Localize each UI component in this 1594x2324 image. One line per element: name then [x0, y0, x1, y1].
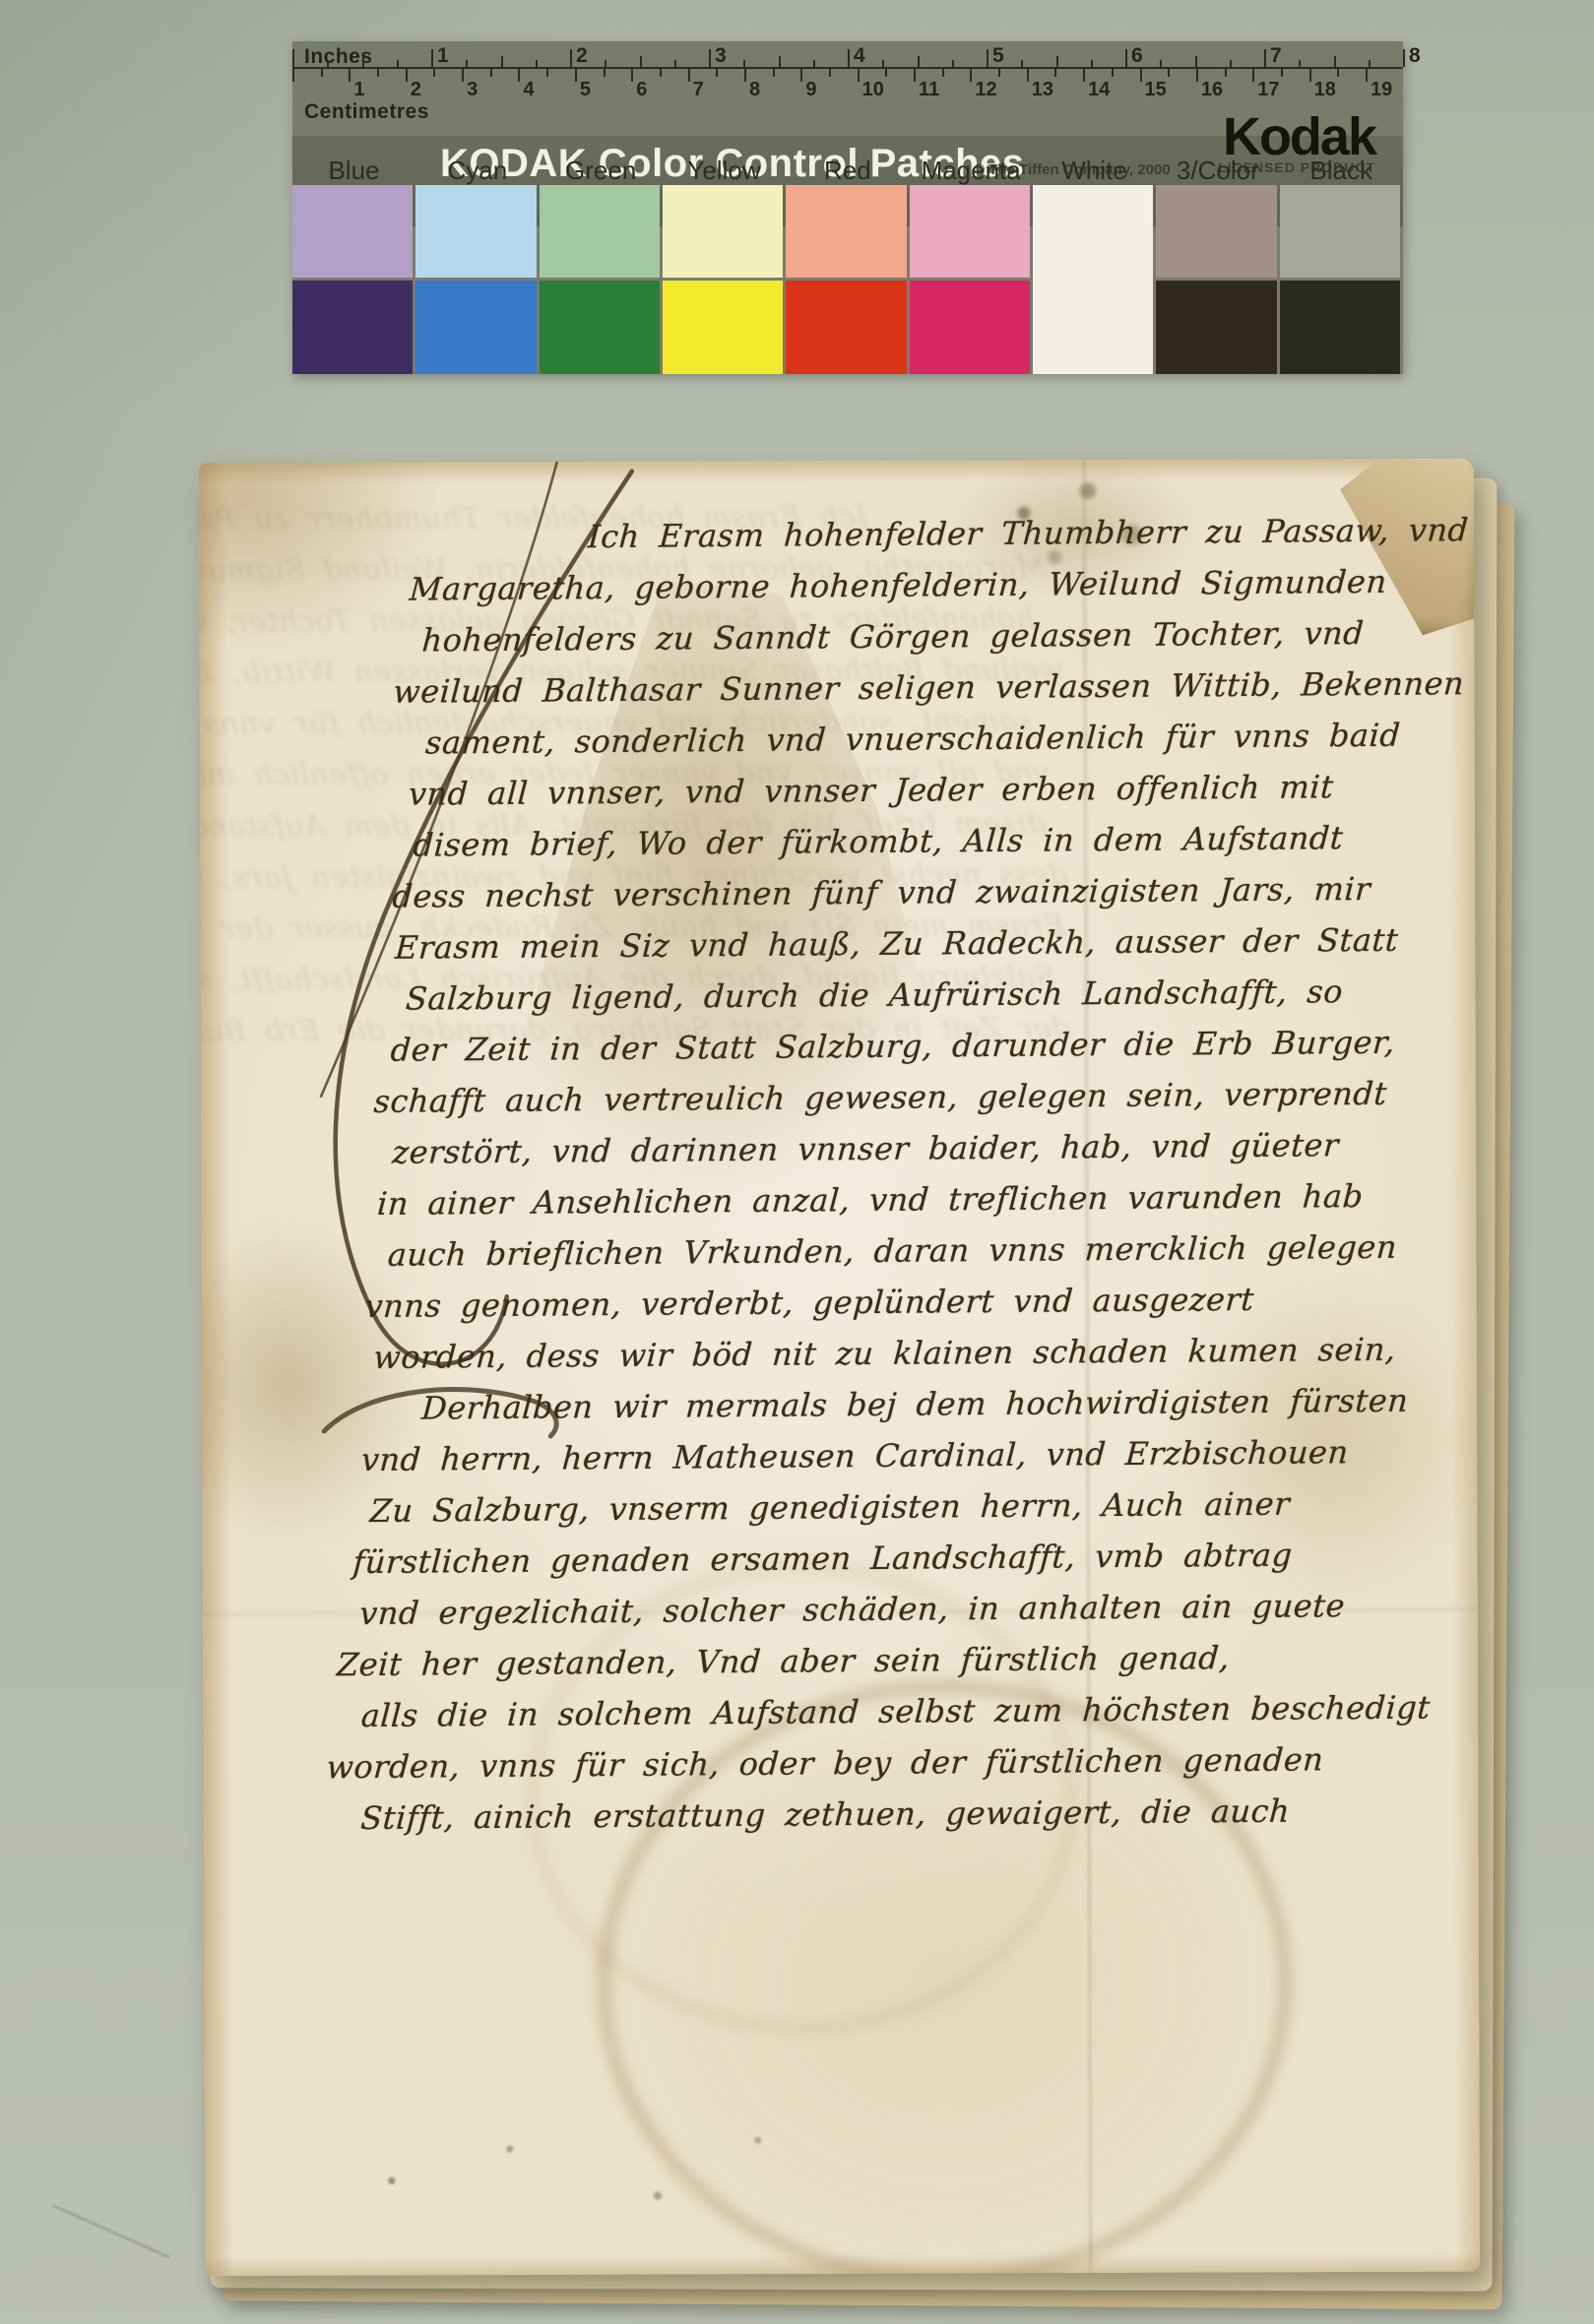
inch-tick — [466, 60, 468, 67]
manuscript-line: hohenfelders zu Sanndt Görgen gelassen T… — [420, 613, 1437, 672]
inch-tick — [501, 56, 503, 67]
inch-tick — [952, 60, 954, 67]
inch-tick — [1299, 60, 1301, 67]
cm-tick — [1252, 69, 1254, 82]
color-bar: Inches 12345678 123456789101112131415161… — [292, 41, 1403, 374]
inch-tick — [536, 60, 538, 67]
patch-swatch-saturated — [1156, 281, 1276, 374]
patch-label: Magenta — [910, 156, 1033, 186]
manuscript-line: dess nechst verschinen fünf vnd zwainzig… — [390, 870, 1421, 929]
cm-tick — [858, 69, 860, 82]
patch-label: Red — [786, 156, 909, 186]
cm-number: 1 — [353, 79, 364, 101]
cm-tick — [942, 69, 944, 77]
patch-label: Green — [540, 156, 663, 186]
patch-swatch-saturated — [663, 281, 783, 374]
inch-tick — [882, 60, 884, 67]
stain-bottom-specks — [274, 2085, 865, 2244]
cm-tick — [1140, 69, 1142, 82]
cm-tick — [1196, 69, 1198, 82]
manuscript-line: vnd ergezlichait, solcher schäden, in an… — [357, 1587, 1376, 1646]
inch-tick — [362, 56, 364, 67]
cm-number: 7 — [693, 79, 704, 101]
manuscript-line: Ich Erasm hohenfelder Thumbherr zu Passa… — [586, 511, 1443, 569]
cm-number: 15 — [1145, 79, 1167, 101]
inch-tick — [848, 49, 850, 67]
manuscript-line: Derhalben wir mermals bej dem hochwirdig… — [419, 1382, 1389, 1441]
patch-swatch-light — [786, 185, 906, 278]
patch-label: Black — [1280, 156, 1403, 186]
patch-label: Yellow — [663, 156, 786, 186]
manuscript-line: sament, sonderlich vnd vnuerschaidenlich… — [423, 716, 1431, 775]
cm-tick — [914, 69, 916, 82]
manuscript-line: auch brieflichen Vrkunden, daran vnns me… — [386, 1228, 1399, 1288]
cm-tick — [1366, 69, 1368, 82]
cm-tick — [1112, 69, 1114, 77]
cm-number: 8 — [749, 79, 760, 101]
manuscript-line: fürstlichen genaden ersamen Landschafft,… — [351, 1536, 1380, 1595]
manuscript-line: weilund Balthasar Sunner seligen verlass… — [391, 664, 1434, 723]
inch-tick — [1264, 49, 1266, 67]
cm-number: 13 — [1032, 79, 1053, 101]
inch-number: 8 — [1409, 44, 1421, 68]
manuscript-line: vnd all vnnser, vnd vnnser Jeder erben o… — [407, 768, 1428, 827]
manuscript-line: Stifft, ainich erstattung zethuen, gewai… — [358, 1791, 1364, 1851]
cm-tick — [1281, 69, 1283, 77]
inch-tick — [918, 56, 920, 67]
inch-tick — [987, 49, 988, 67]
patch-column — [786, 185, 906, 374]
inch-tick — [397, 60, 399, 67]
inch-tick — [813, 60, 815, 67]
inch-tick — [640, 56, 642, 67]
cm-tick — [604, 69, 606, 77]
patch-label: Blue — [292, 156, 415, 186]
cm-tick — [688, 69, 690, 82]
archival-photo: { "color_bar": { "inches_label": "Inches… — [0, 0, 1594, 2324]
patch-column — [663, 185, 783, 374]
cm-tick — [349, 69, 351, 82]
patch-swatch-light — [292, 185, 413, 278]
inch-number: 6 — [1131, 44, 1143, 68]
inch-tick — [292, 49, 294, 67]
inch-number: 3 — [715, 44, 727, 68]
patch-swatch-light — [415, 185, 536, 278]
cm-tick — [462, 69, 464, 82]
manuscript-line: zerstört, vnd darinnen vnnser baider, ha… — [390, 1126, 1405, 1185]
cm-number: 12 — [975, 79, 996, 101]
cm-tick — [518, 69, 520, 82]
cm-tick — [716, 69, 718, 77]
inch-number: 1 — [437, 44, 449, 68]
cm-number: 16 — [1201, 79, 1223, 101]
inch-tick — [1160, 60, 1162, 67]
patch-swatch — [1033, 185, 1153, 374]
inch-number: 5 — [992, 44, 1004, 68]
cm-number: 11 — [919, 79, 939, 101]
inch-tick — [431, 49, 433, 67]
patch-column — [415, 185, 536, 374]
cm-number: 4 — [523, 79, 534, 101]
cm-number: 14 — [1088, 79, 1110, 101]
cm-tick — [744, 69, 746, 82]
patch-swatch-saturated — [786, 281, 906, 374]
cm-tick — [292, 69, 294, 82]
ruler-baseline — [292, 67, 1403, 69]
manuscript-line: worden, dess wir böd nit zu klainen scha… — [371, 1331, 1392, 1390]
patch-swatch-light — [1280, 185, 1400, 278]
manuscript-line: disem brief, Wo der fürkombt, Alls in de… — [412, 819, 1425, 878]
manuscript-line: in ainer Ansehlichen anzal, vnd treflich… — [375, 1177, 1402, 1236]
cm-tick — [575, 69, 577, 82]
manuscript-line: vnns genomen, verderbt, geplündert vnd a… — [363, 1280, 1396, 1339]
ruler-centimetres-label: Centimetres — [304, 100, 429, 124]
cm-tick — [773, 69, 775, 77]
cm-number: 18 — [1314, 79, 1336, 101]
cm-number: 10 — [862, 79, 884, 101]
inch-tick — [1403, 49, 1405, 67]
inch-number: 2 — [576, 44, 588, 68]
patch-column — [910, 185, 1030, 374]
cm-number: 17 — [1257, 79, 1279, 101]
inch-tick — [1369, 60, 1371, 67]
cm-tick — [800, 69, 802, 82]
cm-tick — [631, 69, 633, 82]
cm-number: 19 — [1371, 79, 1392, 101]
cm-tick — [970, 69, 972, 82]
cm-tick — [1168, 69, 1170, 77]
manuscript-line: alls die in solchem Aufstand selbst zum … — [359, 1689, 1371, 1748]
patch-swatch-saturated — [910, 281, 1030, 374]
manuscript-line: Salzburg ligend, durch die Aufrürisch La… — [404, 973, 1415, 1032]
cm-number: 9 — [805, 79, 816, 101]
cm-number: 2 — [411, 79, 421, 101]
patch-label: White — [1033, 156, 1156, 186]
inch-tick — [743, 60, 745, 67]
inch-tick — [779, 56, 781, 67]
inch-tick — [605, 60, 606, 67]
cm-tick — [377, 69, 379, 77]
manuscript-line: worden, vnns für sich, oder bey der fürs… — [325, 1740, 1368, 1799]
cm-tick — [433, 69, 435, 77]
cm-tick — [1225, 69, 1227, 77]
manuscript-line: schafft auch vertreulich gewesen, gelege… — [372, 1075, 1409, 1134]
cm-tick — [660, 69, 662, 77]
cm-tick — [885, 69, 887, 77]
manuscript-line: Erasm mein Siz vnd hauß, Zu Radeckh, aus… — [393, 921, 1418, 980]
patch-swatch-saturated — [292, 281, 413, 374]
cm-number: 6 — [636, 79, 647, 101]
inch-tick — [1091, 60, 1093, 67]
manuscript-page: Ich Erasm hohenfelder Thumbherr zu Passa… — [199, 459, 1480, 2277]
manuscript-line: Margaretha, geborne hohenfelderin, Weilu… — [408, 562, 1440, 621]
manuscript-line: vnd herrn, herrn Matheusen Cardinal, vnd… — [359, 1433, 1386, 1492]
manuscript-line: Zeit her gestanden, Vnd aber sein fürstl… — [335, 1638, 1373, 1697]
inch-tick — [1056, 56, 1058, 67]
patch-swatch-saturated — [540, 281, 660, 374]
cm-tick — [998, 69, 1000, 77]
manuscript-text-block: Ich Erasm hohenfelder Thumbherr zu Passa… — [337, 511, 1443, 1851]
patch-column — [1280, 185, 1400, 374]
cm-tick — [829, 69, 831, 77]
inch-tick — [1021, 60, 1023, 67]
patch-column — [292, 185, 413, 374]
patch-label: 3/Color — [1156, 156, 1279, 186]
cm-tick — [1054, 69, 1056, 77]
inch-tick — [1230, 60, 1232, 67]
cm-tick — [1309, 69, 1311, 82]
patch-swatch-light — [540, 185, 660, 278]
patch-label: Cyan — [415, 156, 539, 186]
inch-number: 4 — [854, 44, 865, 68]
cm-tick — [490, 69, 492, 77]
cm-tick — [1337, 69, 1339, 77]
inch-tick — [570, 49, 572, 67]
inch-tick — [709, 49, 711, 67]
inch-tick — [674, 60, 676, 67]
patch-swatch-light — [1156, 185, 1276, 278]
inch-number: 7 — [1270, 44, 1282, 68]
cm-number: 5 — [580, 79, 591, 101]
cm-tick — [1027, 69, 1029, 82]
inch-tick — [1195, 56, 1197, 67]
inch-tick — [1334, 56, 1336, 67]
cm-number: 3 — [467, 79, 478, 101]
patch-column — [1033, 185, 1153, 374]
cm-tick — [1083, 69, 1085, 82]
inch-tick — [327, 60, 329, 67]
patch-swatch-saturated — [415, 281, 536, 374]
cm-tick — [406, 69, 408, 82]
manuscript-line: Zu Salzburg, vnserm genedigisten herrn, … — [368, 1484, 1383, 1543]
patch-column — [540, 185, 660, 374]
patch-column — [1156, 185, 1276, 374]
cm-tick — [546, 69, 548, 77]
manuscript-line: der Zeit in der Statt Salzburg, darunder… — [389, 1024, 1412, 1083]
patch-swatch-light — [910, 185, 1030, 278]
patch-swatch-light — [663, 185, 783, 278]
patch-swatch-saturated — [1280, 281, 1400, 374]
inch-tick — [1125, 49, 1127, 67]
cm-tick — [321, 69, 323, 77]
